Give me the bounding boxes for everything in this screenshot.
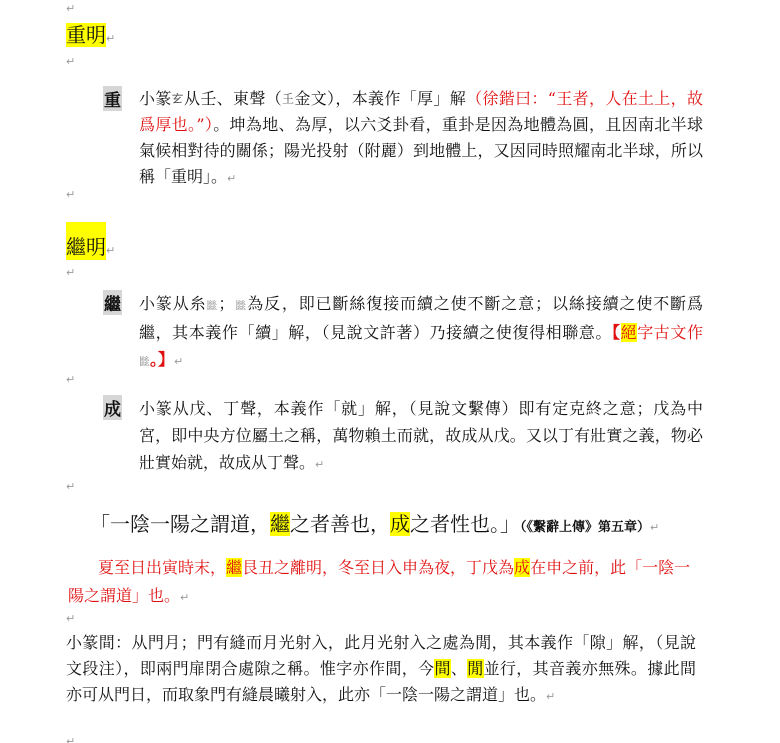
- text: 夏至日出寅時末，: [68, 558, 226, 577]
- text: 艮丑之離明，冬至日入申為夜，丁戊為: [242, 558, 514, 577]
- paragraph-mark: ↵: [66, 373, 75, 386]
- text: 。坤為地、為厚，以六爻卦看，重卦是因為地體為圓，且因南北半球氣候相對待的關係；陽…: [139, 115, 703, 186]
- paragraph-mark: ↵: [66, 55, 75, 68]
- paragraph-mark: ↵: [106, 32, 115, 45]
- text: 从壬、東聲（: [184, 89, 282, 108]
- highlighted-char: 成: [514, 558, 530, 577]
- entry-char: 成: [103, 395, 122, 420]
- quote-source: （《繫辭上傳》第五章）: [520, 520, 650, 535]
- highlighted-char: 成: [390, 512, 410, 536]
- bronze-script-glyph: 𡈼: [282, 92, 294, 106]
- text: 之者善也，: [290, 512, 390, 536]
- entry-ji: 繼 小篆从糸㡭；㡭為反𢇍，即已斷絲復接而續之使不斷之意；以絲接續之使不斷爲繼，其…: [103, 290, 703, 375]
- entry-cheng: 成 小篆从戊、丁聲，本義作「就」解，（見說文繫傳）即有定克終之意；戊為中宮，即中…: [103, 395, 703, 478]
- text: 小篆从糸: [139, 294, 207, 313]
- highlighted-char: 閒: [467, 659, 483, 678]
- text: 、: [451, 659, 467, 678]
- text: ；: [218, 294, 234, 313]
- paragraph-mark: ↵: [546, 690, 555, 703]
- paragraph-mark: ↵: [650, 521, 659, 534]
- entry-char: 重: [103, 86, 122, 111]
- jian-paragraph: 小篆間：从門月；門有縫而月光射入，此月光射入之處為閒，其本義作「隙」解，（見說文…: [66, 630, 696, 710]
- paragraph-mark: ↵: [174, 355, 183, 368]
- highlighted-char: 繼: [270, 512, 290, 536]
- xici-quote: 「一陰一陽之謂道，繼之者善也，成之者性也。」（《繫辭上傳》第五章）↵: [90, 510, 659, 542]
- paragraph-mark: ↵: [106, 244, 115, 257]
- red-text: 字古文作: [637, 323, 703, 342]
- entry-zhong: 重 小篆𤣥从壬、東聲（𡈼金文），本義作「厚」解（徐鍇曰：“王者，人在土上，故爲厚…: [103, 86, 703, 192]
- text: 「一陰一陽之謂道，: [90, 512, 270, 536]
- entry-char: 繼: [103, 290, 122, 315]
- seal-glyph: 㡭: [234, 299, 247, 312]
- seal-glyph: 㡭: [207, 299, 219, 312]
- paragraph-mark: ↵: [66, 612, 75, 625]
- highlighted-char: 繼: [226, 558, 242, 577]
- entry-body: 小篆从糸㡭；㡭為反𢇍，即已斷絲復接而續之使不斷之意；以絲接續之使不斷爲繼，其本義…: [139, 290, 703, 375]
- red-paragraph: 夏至日出寅時末，繼艮丑之離明，冬至日入申為夜，丁戊為成在申之前，此「一陰一陽之謂…: [68, 554, 693, 612]
- highlighted-char: 絕: [621, 323, 638, 342]
- paragraph-mark: ↵: [66, 480, 75, 493]
- entry-body: 小篆𤣥从壬、東聲（𡈼金文），本義作「厚」解（徐鍇曰：“王者，人在土上，故爲厚也。…: [139, 86, 703, 192]
- paragraph-mark: ↵: [66, 266, 75, 279]
- bracket: 【: [612, 323, 621, 342]
- seal-glyph: 㡭: [139, 355, 150, 368]
- paragraph-mark: ↵: [227, 172, 236, 185]
- text: 小篆: [139, 89, 172, 108]
- heading-text: 繼明: [66, 222, 106, 260]
- bracket: 。】: [150, 350, 174, 369]
- section-heading-chongming: 重明↵: [66, 22, 115, 52]
- text: 為反: [247, 294, 281, 313]
- seal-script-glyph: 𤣥: [172, 92, 184, 106]
- paragraph-mark: ↵: [66, 188, 75, 201]
- entry-body: 小篆从戊、丁聲，本義作「就」解，（見說文繫傳）即有定克終之意；戊為中宮，即中央方…: [139, 395, 703, 478]
- text: 之者性也。」: [410, 512, 520, 536]
- paragraph-mark: ↵: [180, 591, 189, 604]
- section-heading-jiming: 繼明↵: [66, 208, 115, 264]
- text: 小篆从戊、丁聲，本義作「就」解，（見說文繫傳）即有定克終之意；戊為中宮，即中央方…: [139, 399, 703, 472]
- highlighted-char: 間: [434, 659, 450, 678]
- paragraph-mark: ↵: [66, 2, 75, 15]
- text: 金文），本義作「厚」解: [294, 89, 466, 108]
- heading-text: 重明: [66, 23, 106, 47]
- paragraph-mark: ↵: [66, 735, 75, 743]
- paragraph-mark: ↵: [315, 458, 324, 471]
